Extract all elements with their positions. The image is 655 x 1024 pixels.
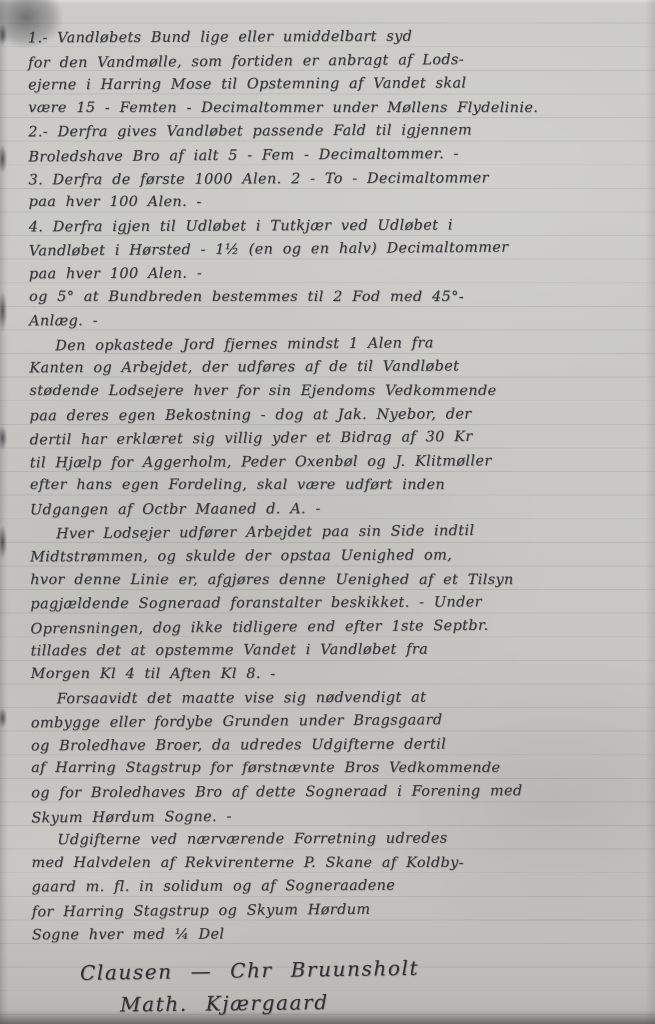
manuscript-line: stødende Lodsejere hver for sin Ejendoms…: [29, 380, 645, 404]
scan-top-edge: [0, 0, 655, 4]
scanned-document-page: 1.- Vandløbets Bund lige eller umiddelba…: [0, 0, 655, 1024]
manuscript-line: til Hjælp for Aggerholm, Peder Oxenbøl o…: [30, 449, 646, 475]
manuscript-line: Udgifterne ved nærværende Forretning udr…: [31, 827, 647, 853]
manuscript-line: dertil har erklæret sig villig yder et B…: [30, 425, 646, 453]
manuscript-line: Midtstrømmen, og skulde der opstaa Uenig…: [30, 544, 646, 570]
manuscript-text: 1.- Vandløbets Bund lige eller umiddelba…: [28, 25, 648, 1021]
manuscript-line: Den opkastede Jord fjernes mindst 1 Alen…: [29, 330, 645, 358]
manuscript-line: og for Broledhaves Bro af dette Sogneraa…: [31, 780, 647, 806]
manuscript-line: Broledshave Bro af ialt 5 - Fem - Decima…: [28, 142, 644, 170]
manuscript-line: Oprensningen, dog ikke tidligere end eft…: [30, 613, 646, 641]
manuscript-line: Sogne hver med ¼ Del: [32, 921, 648, 947]
manuscript-line: 3. Derfra de første 1000 Alen. 2 - To - …: [28, 166, 644, 192]
manuscript-line: med Halvdelen af Rekvirenterne P. Skane …: [31, 852, 647, 876]
manuscript-line: og Broledhave Broer, da udredes Udgifter…: [31, 732, 647, 758]
manuscript-line: Kanten og Arbejdet, der udføres af de ti…: [29, 355, 645, 381]
manuscript-line: Anlæg. -: [29, 308, 645, 334]
manuscript-line: Skyum Hørdum Sogne. -: [31, 802, 647, 830]
manuscript-line: paa hver 100 Alen. -: [29, 261, 645, 287]
manuscript-line: for den Vandmølle, som fortiden er anbra…: [28, 47, 644, 75]
manuscript-line: pagjældende Sogneraad foranstalter beski…: [30, 591, 646, 617]
manuscript-line: og 5° at Bundbreden bestemmes til 2 Fod …: [29, 286, 645, 310]
manuscript-line: ejerne i Harring Mose til Opstemning af …: [28, 72, 644, 98]
manuscript-line: Morgen Kl 4 til Aften Kl 8. -: [31, 663, 647, 687]
manuscript-line: paa hver 100 Alen. -: [29, 191, 645, 215]
manuscript-line: af Harring Stagstrup for førstnævnte Bro…: [31, 757, 647, 781]
manuscript-line: være 15 - Femten - Decimaltommer under M…: [28, 97, 644, 121]
manuscript-line: for Harring Stagstrup og Skyum Hørdum: [32, 897, 648, 925]
manuscript-line: hvor denne Linie er, afgjøres denne Ueni…: [30, 569, 646, 593]
manuscript-line: tillades det at opstemme Vandet i Vandlø…: [31, 638, 647, 664]
manuscript-line: efter hans egen Fordeling, skal være udf…: [30, 474, 646, 498]
manuscript-line: 1.- Vandløbets Bund lige eller umiddelba…: [28, 25, 644, 51]
signature-math-kjaergaard: Math. Kjærgaard: [32, 983, 648, 1023]
